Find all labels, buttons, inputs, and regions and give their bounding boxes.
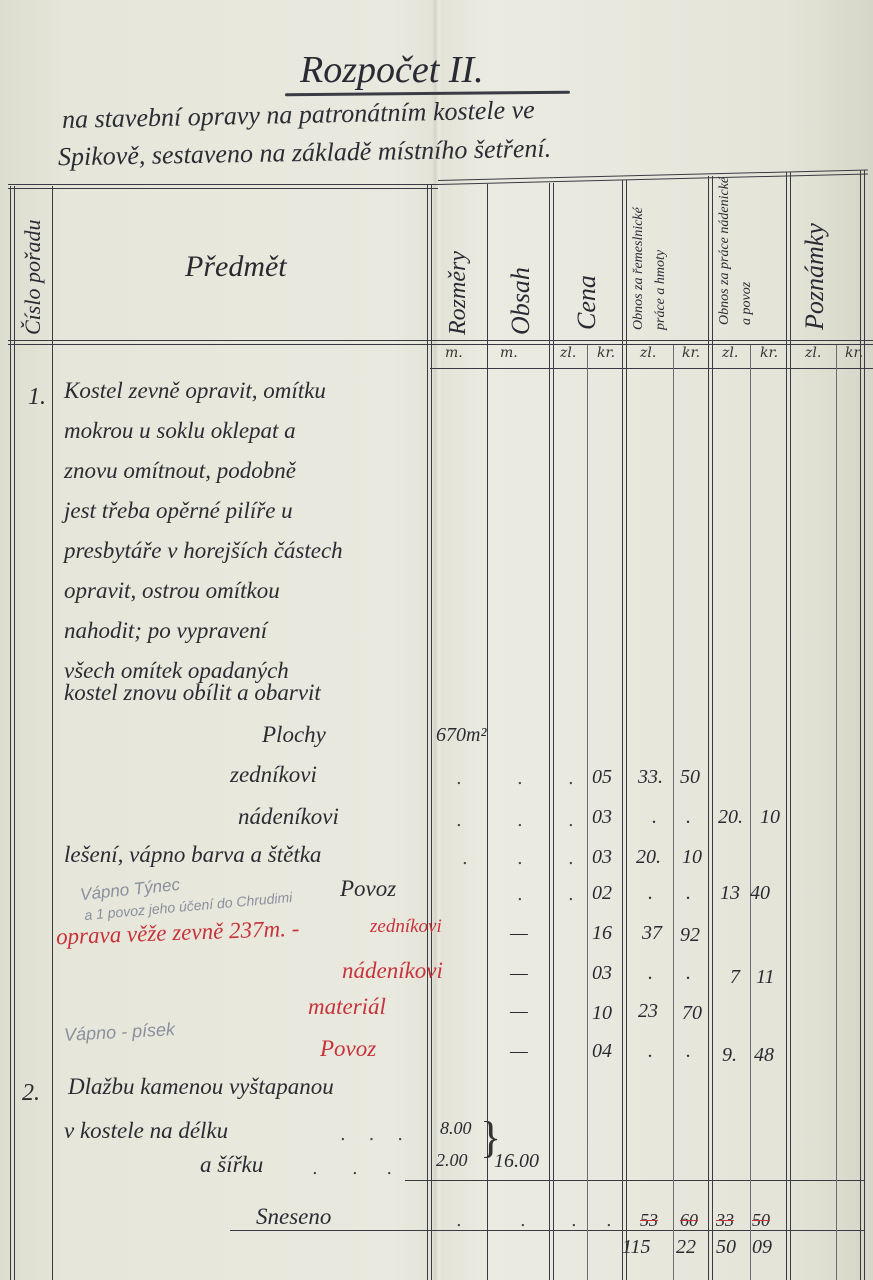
unit-content: m. (500, 345, 518, 361)
mat-kr: . (686, 962, 691, 985)
item-1-row-label: zedníkovi (230, 762, 317, 788)
price-kr: 16 (592, 922, 612, 945)
red-dash: — (510, 962, 528, 985)
dot-leader: . (568, 768, 574, 789)
header-dimensions: Rozměry (445, 205, 472, 335)
item-1-row-label: Povoz (340, 876, 396, 902)
dot-leader: . (517, 848, 523, 869)
col-divider-mat-kr (673, 345, 674, 1280)
dot-leader: . (517, 768, 523, 789)
unit-notes-kr: kr. (845, 345, 863, 361)
header-content: Obsah (506, 215, 536, 335)
item-1-desc-line: znovu omítnout, podobně (64, 458, 296, 484)
red-dash: — (510, 1000, 528, 1023)
mat-zl: 23 (638, 1000, 658, 1023)
mat-zl: . (648, 882, 653, 905)
header-bottom-border (8, 340, 873, 345)
col-divider-price (622, 180, 627, 1280)
original-total-lab-zl: 33 (716, 1210, 734, 1231)
unit-price-zl: zl. (560, 345, 576, 361)
unit-notes-zl: zl. (805, 345, 821, 361)
lab-zl: 7 (730, 966, 740, 989)
col-divider-lab (786, 172, 791, 1280)
price-kr: 03 (592, 806, 612, 829)
price-kr: 10 (592, 1002, 612, 1025)
lab-zl: 9. (722, 1044, 737, 1067)
item-1-area-label: Plochy (262, 722, 326, 748)
item-1-row-label: lešení, vápno barva a štětka (64, 842, 321, 868)
pencil-note: Vápno - písek (64, 1019, 176, 1046)
header-subject: Předmět (185, 250, 287, 284)
item-2-number: 2. (22, 1080, 40, 1107)
col-divider-price-kr (587, 345, 588, 1280)
mat-zl: 20. (636, 846, 661, 869)
original-total-mat-kr: 60 (680, 1210, 698, 1231)
lab-kr: 10 (760, 806, 780, 829)
col-divider-number (52, 186, 53, 1280)
lab-kr: 40 (750, 882, 770, 905)
col-divider-mat (708, 176, 713, 1280)
dot-leader: . (520, 1210, 526, 1231)
mat-kr: . (686, 882, 691, 905)
price-kr: 03 (592, 962, 612, 985)
dot-leader: . (517, 884, 523, 905)
red-row-label: materiál (308, 994, 386, 1020)
red-dash: — (510, 922, 528, 945)
col-divider-content (549, 183, 554, 1280)
paper-fold (432, 0, 442, 1280)
original-total-lab-kr: 50 (752, 1210, 770, 1231)
lab-kr: 11 (756, 966, 775, 989)
dot-leader: . (568, 848, 574, 869)
dot-leader: . (517, 810, 523, 831)
document-subtitle-line-1: na stavební opravy na patronátním kostel… (62, 95, 535, 135)
dot-leader: . (568, 884, 574, 905)
mat-kr: . (686, 806, 691, 829)
dot-leader: . (456, 810, 462, 831)
corrected-total-mat-kr: 22 (676, 1236, 696, 1259)
mat-zl: . (648, 1040, 653, 1063)
dot-leader: . (462, 848, 468, 869)
col-divider-lab-kr (750, 345, 751, 1280)
red-row-label: Povoz (320, 1036, 376, 1062)
item-2-length: 8.00 (440, 1118, 472, 1139)
dot-leader: . (568, 810, 574, 831)
table-top-border (8, 184, 438, 189)
unit-price-kr: kr. (597, 345, 615, 361)
document-title: Rozpočet II. (300, 48, 484, 92)
price-kr: 04 (592, 1040, 612, 1063)
lab-kr: 48 (754, 1044, 774, 1067)
item-1-desc-line: opravit, ostrou omítkou (64, 578, 280, 604)
price-kr: 02 (592, 882, 612, 905)
mat-kr: . (686, 1040, 691, 1063)
dot-leader: . (456, 768, 462, 789)
dot-leader: . . . (340, 1124, 403, 1145)
item-2-content: 16.00 (494, 1150, 539, 1173)
unit-mat-kr: kr. (682, 345, 700, 361)
corrected-total-lab-zl: 50 (716, 1236, 736, 1259)
unit-mat-zl: zl. (640, 345, 656, 361)
unit-lab-kr: kr. (760, 345, 778, 361)
unit-dimensions: m. (445, 345, 463, 361)
mat-zl: 37 (642, 922, 662, 945)
mat-zl: . (648, 962, 653, 985)
mat-zl: 33. (638, 766, 663, 789)
header-price: Cena (572, 230, 602, 330)
mat-zl: . (652, 806, 657, 829)
header-notes: Poznámky (800, 190, 830, 330)
mat-kr: 10 (682, 846, 702, 869)
original-total-mat-zl: 53 (640, 1210, 658, 1231)
item-2-desc-line: v kostele na délku (64, 1118, 228, 1144)
dot-leader: . . . (312, 1158, 392, 1179)
item-1-area-value: 670m² (436, 724, 486, 747)
item-2-width: 2.00 (436, 1150, 468, 1171)
header-number: Číslo pořadu (20, 200, 46, 335)
corrected-total-lab-kr: 09 (752, 1236, 772, 1259)
col-divider-notes-kr (836, 345, 837, 1280)
table-left-border (10, 186, 15, 1280)
header-cost-labour: Obnos za práce nádenické a povoz (714, 175, 782, 325)
lab-zl: 20. (718, 806, 743, 829)
dot-leader: . (571, 1210, 577, 1231)
item-1-desc-line: nahodit; po vypravení (64, 618, 267, 644)
header-cost-materials: Obnos za řemeslnické práce a hmoty (628, 180, 703, 330)
table-right-border (860, 170, 865, 1280)
unit-lab-zl: zl. (722, 345, 738, 361)
document-subtitle-line-2: Spikově, sestaveno na základě místního š… (58, 134, 552, 173)
red-dash: — (510, 1040, 528, 1063)
units-row-border (430, 368, 873, 369)
mat-kr: 70 (682, 1002, 702, 1025)
col-divider-subject (427, 184, 432, 1280)
mat-kr: 50 (680, 766, 700, 789)
price-kr: 05 (592, 766, 612, 789)
dot-leader: . (606, 1210, 612, 1231)
item-1-desc-line: presbytáře v horejších částech (64, 538, 343, 564)
item-2-desc-line: a šířku (200, 1152, 263, 1178)
red-row-label: zedníkovi (370, 916, 442, 938)
item-1-number: 1. (28, 384, 46, 411)
item-1-row-label: nádeníkovi (238, 804, 339, 830)
subtotal-line (405, 1180, 865, 1181)
item-1-desc-line: jest třeba opěrné pilíře u (64, 498, 293, 524)
item-2-desc-line: Dlažbu kamenou vyštapanou (68, 1074, 334, 1100)
item-1-desc-line: kostel znovu obílit a obarvit (64, 680, 321, 706)
lab-zl: 13 (720, 882, 740, 905)
price-kr: 03 (592, 846, 612, 869)
corrected-total-mat-zl: 115 (622, 1236, 651, 1259)
item-1-desc-line: Kostel zevně opravit, omítku (64, 378, 326, 404)
total-label: Sneseno (256, 1204, 331, 1230)
dot-leader: . (456, 1210, 462, 1231)
mat-kr: 92 (680, 924, 700, 947)
item-1-desc-line: mokrou u soklu oklepat a (64, 418, 296, 444)
red-row-label: nádeníkovi (342, 958, 443, 984)
